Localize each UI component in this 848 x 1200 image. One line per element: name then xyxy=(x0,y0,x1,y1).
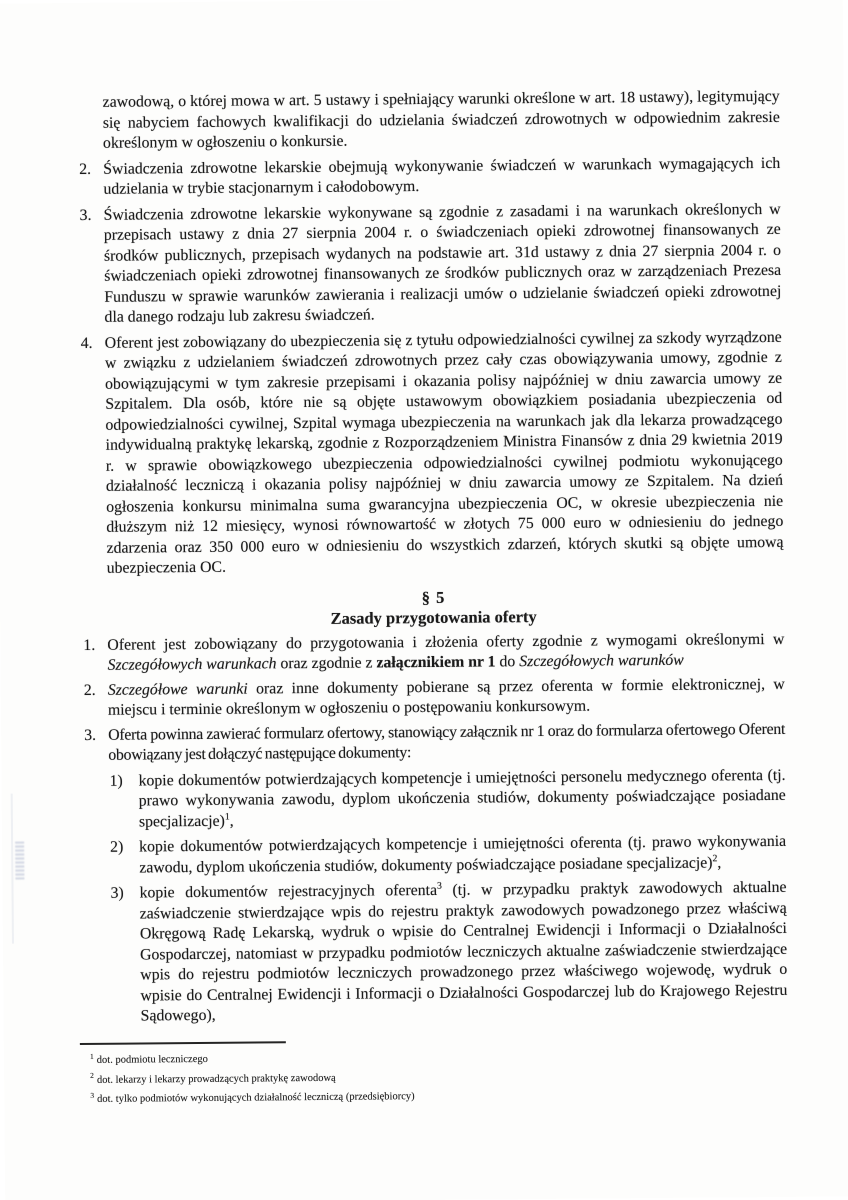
sub-list-item-text: kopie dokumentów potwierdzających kompet… xyxy=(138,765,786,832)
section-heading: § 5 Zasady przygotowania oferty xyxy=(83,584,784,631)
ordered-list-section5: 1. Oferent jest zobowiązany do przygotow… xyxy=(83,629,787,1027)
scan-smudge-artifact xyxy=(15,841,24,879)
list-item-paragraph: Oferta powinna zawierać formularz oferto… xyxy=(108,719,785,766)
footnote-marker: 1 xyxy=(90,1051,94,1060)
footnote-text: dot. lekarzy i lekarzy prowadzących prak… xyxy=(97,1072,336,1085)
list-item-text: Oferta powinna zawierać formularz oferto… xyxy=(108,719,788,1027)
sub-list-item-text: kopie dokumentów rejestracyjnych oferent… xyxy=(139,878,787,1027)
list-item-text: Świadczenia zdrowotne lekarskie obejmują… xyxy=(103,153,780,200)
list-item: 2. Świadczenia zdrowotne lekarskie obejm… xyxy=(79,153,780,200)
list-item-number: 1. xyxy=(83,635,95,656)
sub-list-item: 3) kopie dokumentów rejestracyjnych ofer… xyxy=(109,878,787,1027)
sub-list-item-number: 3) xyxy=(110,884,123,905)
list-item-number: 3. xyxy=(84,725,96,746)
list-item: 2. Szczegółowe warunki oraz inne dokumen… xyxy=(84,674,785,721)
list-item-text: Świadczenia zdrowotne lekarskie wykonywa… xyxy=(104,199,782,328)
continuation-paragraph: zawodową, o której mowa w art. 5 ustawy … xyxy=(103,87,781,154)
sub-list-item: 1) kopie dokumentów potwierdzających kom… xyxy=(108,765,786,832)
list-item-text: Szczegółowe warunki oraz inne dokumenty … xyxy=(108,674,785,721)
page-edge-streak xyxy=(11,794,14,944)
list-item-number: 3. xyxy=(80,205,92,226)
sub-list-item-number: 2) xyxy=(110,838,123,859)
footnotes-section: 1dot. podmiotu leczniczego 2dot. lekarzy… xyxy=(80,1037,761,1109)
footnote-marker: 3 xyxy=(90,1090,94,1099)
list-item: 1. Oferent jest zobowiązany do przygotow… xyxy=(83,629,784,676)
sub-list: 1) kopie dokumentów potwierdzających kom… xyxy=(108,765,787,1027)
sub-list-item-text: kopie dokumentów potwierdzających kompet… xyxy=(139,832,786,879)
list-item: 3. Oferta powinna zawierać formularz ofe… xyxy=(84,719,788,1027)
footnote-marker: 2 xyxy=(90,1071,94,1080)
document-page: zawodową, o której mowa w art. 5 ustawy … xyxy=(0,0,848,1200)
list-item-text: Oferent jest zobowiązany do ubezpieczeni… xyxy=(105,327,784,579)
sub-list-item: 2) kopie dokumentów potwierdzających kom… xyxy=(109,832,786,879)
ordered-list-main: 2. Świadczenia zdrowotne lekarskie obejm… xyxy=(79,153,784,579)
list-item: 4. Oferent jest zobowiązany do ubezpiecz… xyxy=(81,327,784,579)
sub-list-item-number: 1) xyxy=(109,771,122,792)
footnote-text: dot. podmiotu leczniczego xyxy=(97,1054,208,1066)
list-item-text: Oferent jest zobowiązany do przygotowani… xyxy=(107,629,784,676)
list-item-number: 4. xyxy=(81,333,93,354)
list-item: 3. Świadczenia zdrowotne lekarskie wykon… xyxy=(80,199,782,328)
list-item-number: 2. xyxy=(79,159,91,180)
footnote-separator xyxy=(80,1041,286,1045)
list-item-number: 2. xyxy=(84,680,96,701)
document-body: zawodową, o której mowa w art. 5 ustawy … xyxy=(79,87,788,1028)
footnote-text: dot. tylko podmiotów wykonujących działa… xyxy=(97,1091,415,1105)
